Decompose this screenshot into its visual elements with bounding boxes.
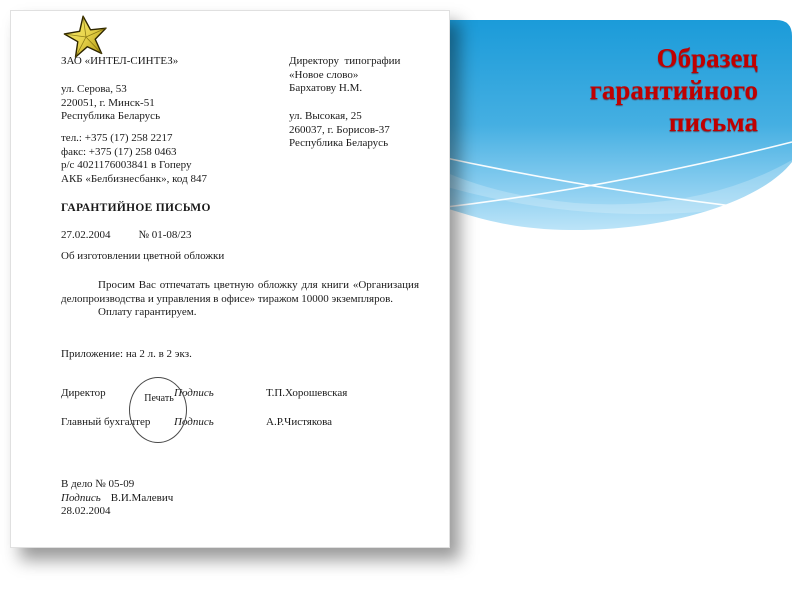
- slide-title: Образец гарантийного письма: [428, 42, 758, 138]
- signature-row-accountant: Главный бухгалтерПодписьА.Р.Чистякова: [61, 416, 421, 430]
- sender-account: р/с 4021176003841 в Гоперу: [61, 159, 207, 173]
- signature-row-director: ДиректорПодписьТ.П.Хорошевская: [61, 387, 421, 401]
- sender-address-line: 220051, г. Минск-51: [61, 97, 160, 111]
- doc-date: 27.02.2004: [61, 229, 111, 241]
- star-icon: [61, 14, 111, 59]
- doc-type-heading: ГАРАНТИЙНОЕ ПИСЬМО: [61, 202, 211, 216]
- sender-bank: АКБ «Белбизнесбанк», код 847: [61, 173, 207, 187]
- sender-fax: факс: +375 (17) 258 0463: [61, 146, 207, 160]
- signature-name: А.Р.Чистякова: [266, 416, 332, 430]
- recipient-address: ул. Высокая, 25 260037, г. Борисов-37 Ре…: [289, 110, 390, 151]
- filing-signature-line: ПодписьВ.И.Малевич: [61, 492, 173, 506]
- stamp-circle: [129, 377, 187, 443]
- slide-title-line-3: письма: [428, 106, 758, 138]
- recipient-name: Директору типографии «Новое слово» Барха…: [289, 55, 439, 96]
- filing-case: В дело № 05-09: [61, 478, 173, 492]
- signature-placeholder: Подпись: [174, 416, 266, 430]
- filing-date: 28.02.2004: [61, 505, 173, 519]
- slide-title-line-2: гарантийного: [428, 74, 758, 106]
- body-paragraph-1: Просим Вас отпечатать цветную обложку дл…: [61, 279, 419, 306]
- filing-signer-name: В.И.Малевич: [111, 492, 174, 504]
- doc-number: № 01-08/23: [139, 229, 192, 241]
- body-paragraph-2: Оплату гарантируем.: [61, 306, 419, 320]
- sender-phone: тел.: +375 (17) 258 2217: [61, 132, 207, 146]
- letter-body: Просим Вас отпечатать цветную обложку дл…: [61, 279, 419, 320]
- stamp-label: Печать: [139, 392, 179, 406]
- sender-address-line: ул. Серова, 53: [61, 83, 160, 97]
- filing-signature-placeholder: Подпись: [61, 492, 101, 504]
- sender-org-name: ЗАО «ИНТЕЛ-СИНТЕЗ»: [61, 55, 178, 69]
- sender-address-line: Республика Беларусь: [61, 110, 160, 124]
- sender-contacts: тел.: +375 (17) 258 2217 факс: +375 (17)…: [61, 132, 207, 186]
- signature-name: Т.П.Хорошевская: [266, 387, 347, 401]
- doc-date-line: 27.02.2004№ 01-08/23: [61, 229, 191, 243]
- doc-subject: Об изготовлении цветной обложки: [61, 250, 224, 264]
- recipient-address-line: 260037, г. Борисов-37: [289, 124, 390, 138]
- recipient-address-line: Республика Беларусь: [289, 137, 390, 151]
- filing-note: В дело № 05-09 ПодписьВ.И.Малевич 28.02.…: [61, 478, 173, 519]
- recipient-address-line: ул. Высокая, 25: [289, 110, 390, 124]
- slide-canvas: { "slide": { "title": { "lines": ["Образ…: [0, 0, 800, 600]
- sender-address: ул. Серова, 53 220051, г. Минск-51 Респу…: [61, 83, 160, 124]
- slide-title-line-1: Образец: [428, 42, 758, 74]
- attachment-note: Приложение: на 2 л. в 2 экз.: [61, 348, 192, 362]
- signature-placeholder: Подпись: [174, 387, 266, 401]
- letter-page: ЗАО «ИНТЕЛ-СИНТЕЗ» ул. Серова, 53 220051…: [10, 10, 450, 548]
